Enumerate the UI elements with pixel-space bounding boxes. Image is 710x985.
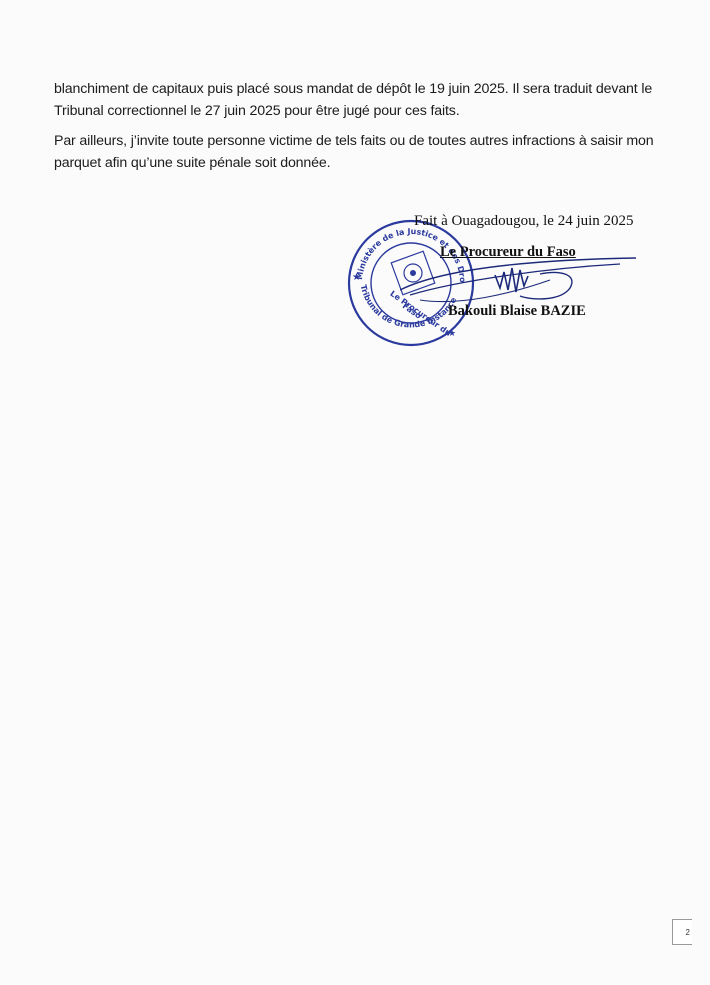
page-number: 2	[672, 919, 692, 945]
handwritten-signature-icon	[400, 250, 640, 310]
signatory-name: Bakouli Blaise BAZIE	[448, 303, 586, 320]
svg-text:★: ★	[448, 328, 456, 338]
svg-text:★: ★	[352, 272, 361, 283]
body-paragraph-2: Par ailleurs, j’invite toute personne vi…	[54, 130, 684, 174]
document-page: blanchiment de capitaux puis placé sous …	[0, 0, 710, 985]
place-date: Fait à Ouagadougou, le 24 juin 2025	[414, 213, 634, 230]
body-paragraph-1: blanchiment de capitaux puis placé sous …	[54, 78, 684, 122]
